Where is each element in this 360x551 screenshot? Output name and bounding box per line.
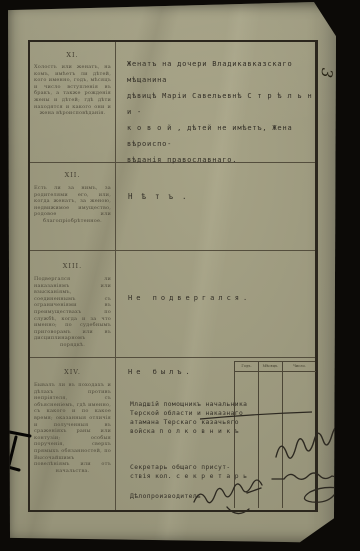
binding-thread xyxy=(4,431,30,470)
section-number-xiii: XIII. xyxy=(30,262,115,270)
paper-edge-highlight xyxy=(316,2,338,546)
row-separator xyxy=(30,250,315,251)
date-grid-line xyxy=(258,361,259,508)
section-answer-xiii: Не подвергался. xyxy=(128,294,251,302)
column-divider xyxy=(115,42,116,510)
section-answer-xiv: Не былъ. xyxy=(128,368,194,376)
date-col-header-year: Годъ. xyxy=(235,361,258,372)
date-col-header-month: Мѣсяцъ. xyxy=(259,361,282,372)
date-col-header-day: Число. xyxy=(283,361,316,372)
page-annotation-number: 3 xyxy=(317,67,336,79)
section-answer-xi: Женатъ на дочери Владикавказскаго мѣщани… xyxy=(127,56,313,168)
section-question-xiv: Бывалъ ли въ походахъ и дѣлахъ противъ н… xyxy=(34,382,111,474)
paper-sheet: XI. Холостъ или женатъ, на комъ, имѣетъ … xyxy=(4,2,338,546)
date-grid-line xyxy=(234,361,235,508)
section-number-xiv: XIV. xyxy=(30,368,115,376)
section-question-xiii: Подвергался ли наказаніямъ или взысканія… xyxy=(34,276,111,349)
row-separator xyxy=(30,357,315,358)
section-number-xi: XI. xyxy=(30,51,115,59)
section-question-xii: Есть ли за нимъ, за родителями его, или,… xyxy=(34,185,111,225)
service-record-table: XI. Холостъ или женатъ, на комъ, имѣетъ … xyxy=(28,40,318,512)
section-answer-xii: Нѣтъ. xyxy=(128,192,196,201)
date-grid-line xyxy=(282,361,283,508)
scanned-document-screenshot: XI. Холостъ или женатъ, на комъ, имѣетъ … xyxy=(0,0,360,551)
section-number-xii: XII. xyxy=(30,171,115,179)
section-question-xi: Холостъ или женатъ, на комъ, имѣетъ ли д… xyxy=(34,64,111,117)
